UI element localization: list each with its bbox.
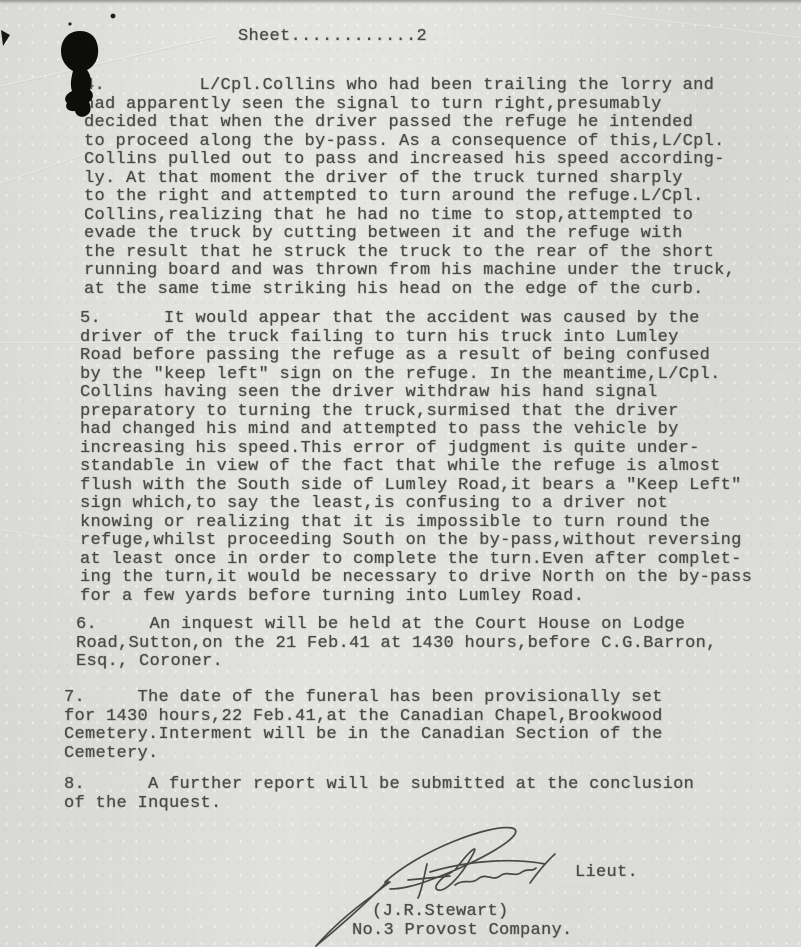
signature-unit-label: No.3 Provost Company. xyxy=(352,922,573,941)
signature-rank-label: Lieut. xyxy=(575,864,638,883)
signature-typed-name: (J.R.Stewart) xyxy=(372,903,509,922)
paragraph-6: 6. An inquest will be held at the Court … xyxy=(76,616,717,672)
document-page: Sheet............2 4. L/Cpl.Collins who … xyxy=(0,0,801,947)
paragraph-7: 7. The date of the funeral has been prov… xyxy=(64,689,663,763)
scan-top-edge xyxy=(0,0,801,4)
paragraph-5: 5. It would appear that the accident was… xyxy=(80,310,752,606)
paragraph-8: 8. A further report will be submitted at… xyxy=(64,776,694,813)
paper-crease xyxy=(601,13,801,42)
sheet-number-header: Sheet............2 xyxy=(238,28,427,47)
paragraph-4: 4. L/Cpl.Collins who had been trailing t… xyxy=(84,77,735,299)
